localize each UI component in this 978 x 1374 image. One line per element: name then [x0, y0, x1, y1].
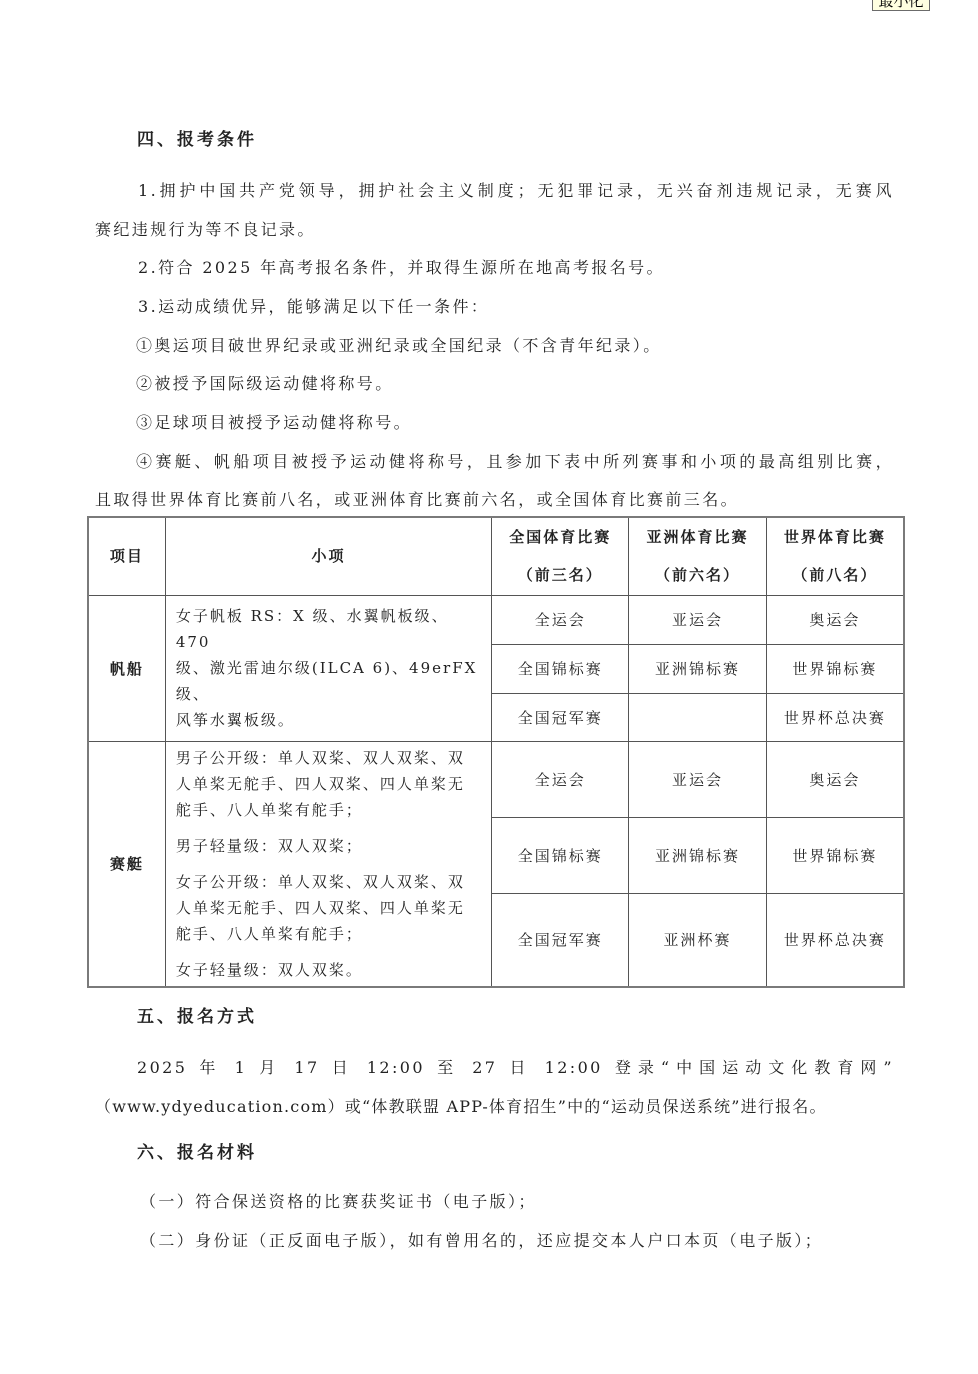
event-cell: 亚洲锦标赛 [629, 644, 766, 693]
event-cell: 全运会 [492, 595, 629, 644]
section-5-title: 五、报名方式 [137, 1002, 257, 1027]
section-6-title: 六、报名材料 [137, 1138, 257, 1163]
project-sailing: 帆船 [88, 595, 165, 741]
event-cell: 世界锦标赛 [766, 644, 904, 693]
header-national: 全国体育比赛 （前三名） [492, 517, 629, 595]
header-asian-name: 亚洲体育比赛 [629, 518, 765, 556]
criterion-4-line-1: ④赛艇、帆船项目被授予运动健将称号，且参加下表中所列赛事和小项的最高组别比赛， [136, 449, 894, 472]
sub-event-line: 男子轻量级：双人双桨； [176, 833, 483, 859]
registration-method-line-1: 2025 年 1 月 17 日 12:00 至 27 日 12:00 登录“中国… [137, 1055, 894, 1078]
project-rowing: 赛艇 [88, 741, 165, 987]
criterion-1: ①奥运项目破世界纪录或亚洲纪录或全国纪录（不含青年纪录）。 [136, 333, 662, 356]
header-asian: 亚洲体育比赛 （前六名） [629, 517, 766, 595]
condition-2: 2.符合 2025 年高考报名条件，并取得生源所在地高考报名号。 [138, 255, 665, 278]
sub-event-line: 女子帆板 RS：X 级、水翼帆板级、470 [176, 603, 483, 655]
sub-event-line: 舵手、八人单桨有舵手； [176, 921, 483, 947]
event-cell: 全国冠军赛 [492, 893, 629, 987]
event-cell: 世界杯总决赛 [766, 893, 904, 987]
header-sub-events: 小项 [165, 517, 491, 595]
table-header-row: 项目 小项 全国体育比赛 （前三名） 亚洲体育比赛 （前六名） 世界体育比赛 （… [88, 517, 904, 595]
event-cell: 奥运会 [766, 741, 904, 817]
sub-event-line: 人单桨无舵手、四人双桨、四人单桨无 [176, 771, 483, 797]
minimize-button[interactable]: 最小化 [872, 0, 930, 11]
event-cell: 亚洲锦标赛 [629, 817, 766, 893]
sub-event-line: 女子轻量级：双人双桨。 [176, 957, 483, 983]
condition-1-line-2: 赛纪违规行为等不良记录。 [95, 217, 316, 240]
sub-events-sailing: 女子帆板 RS：X 级、水翼帆板级、470 级、激光雷迪尔级(ILCA 6)、4… [165, 595, 491, 741]
event-cell: 亚洲杯赛 [629, 893, 766, 987]
condition-1-line-1: 1.拥护中国共产党领导，拥护社会主义制度；无犯罪记录，无兴奋剂违规记录，无赛风 [138, 178, 894, 201]
registration-method-line-2: （www.ydyeducation.com）或“体教联盟 APP-体育招生”中的… [95, 1094, 827, 1117]
event-cell: 世界杯总决赛 [766, 693, 904, 741]
header-world: 世界体育比赛 （前八名） [766, 517, 904, 595]
event-cell: 全国冠军赛 [492, 693, 629, 741]
event-cell: 全运会 [492, 741, 629, 817]
sub-events-rowing: 男子公开级：单人双桨、双人双桨、双 人单桨无舵手、四人双桨、四人单桨无 舵手、八… [165, 741, 491, 987]
material-item-1: （一）符合保送资格的比赛获奖证书（电子版）； [140, 1189, 537, 1212]
material-item-2: （二）身份证（正反面电子版），如有曾用名的，还应提交本人户口本页（电子版）； [140, 1228, 823, 1251]
event-cell: 奥运会 [766, 595, 904, 644]
section-4-title: 四、报考条件 [137, 125, 257, 150]
table-row: 赛艇 男子公开级：单人双桨、双人双桨、双 人单桨无舵手、四人双桨、四人单桨无 舵… [88, 741, 904, 817]
header-project: 项目 [88, 517, 165, 595]
criterion-2: ②被授予国际级运动健将称号。 [136, 371, 394, 394]
sub-event-line: 男子公开级：单人双桨、双人双桨、双 [176, 745, 483, 771]
sub-event-line: 人单桨无舵手、四人双桨、四人单桨无 [176, 895, 483, 921]
table-row: 帆船 女子帆板 RS：X 级、水翼帆板级、470 级、激光雷迪尔级(ILCA 6… [88, 595, 904, 644]
sub-event-line: 级、激光雷迪尔级(ILCA 6)、49erFX 级、 [176, 655, 483, 707]
event-cell: 世界锦标赛 [766, 817, 904, 893]
header-world-rank: （前八名） [767, 556, 903, 594]
event-cell: 全国锦标赛 [492, 644, 629, 693]
header-world-name: 世界体育比赛 [767, 518, 903, 556]
event-cell [629, 693, 766, 741]
header-asian-rank: （前六名） [629, 556, 765, 594]
condition-3: 3.运动成绩优异，能够满足以下任一条件： [138, 294, 489, 317]
qualifying-events-table: 项目 小项 全国体育比赛 （前三名） 亚洲体育比赛 （前六名） 世界体育比赛 （… [87, 516, 905, 988]
event-cell: 全国锦标赛 [492, 817, 629, 893]
header-national-rank: （前三名） [492, 556, 628, 594]
criterion-4-line-2: 且取得世界体育比赛前八名，或亚洲体育比赛前六名，或全国体育比赛前三名。 [95, 487, 739, 510]
sub-event-line: 舵手、八人单桨有舵手； [176, 797, 483, 823]
event-cell: 亚运会 [629, 595, 766, 644]
sub-event-line: 女子公开级：单人双桨、双人双桨、双 [176, 869, 483, 895]
sub-event-line: 风筝水翼板级。 [176, 707, 483, 733]
event-cell: 亚运会 [629, 741, 766, 817]
header-national-name: 全国体育比赛 [492, 518, 628, 556]
criterion-3: ③足球项目被授予运动健将称号。 [136, 410, 412, 433]
